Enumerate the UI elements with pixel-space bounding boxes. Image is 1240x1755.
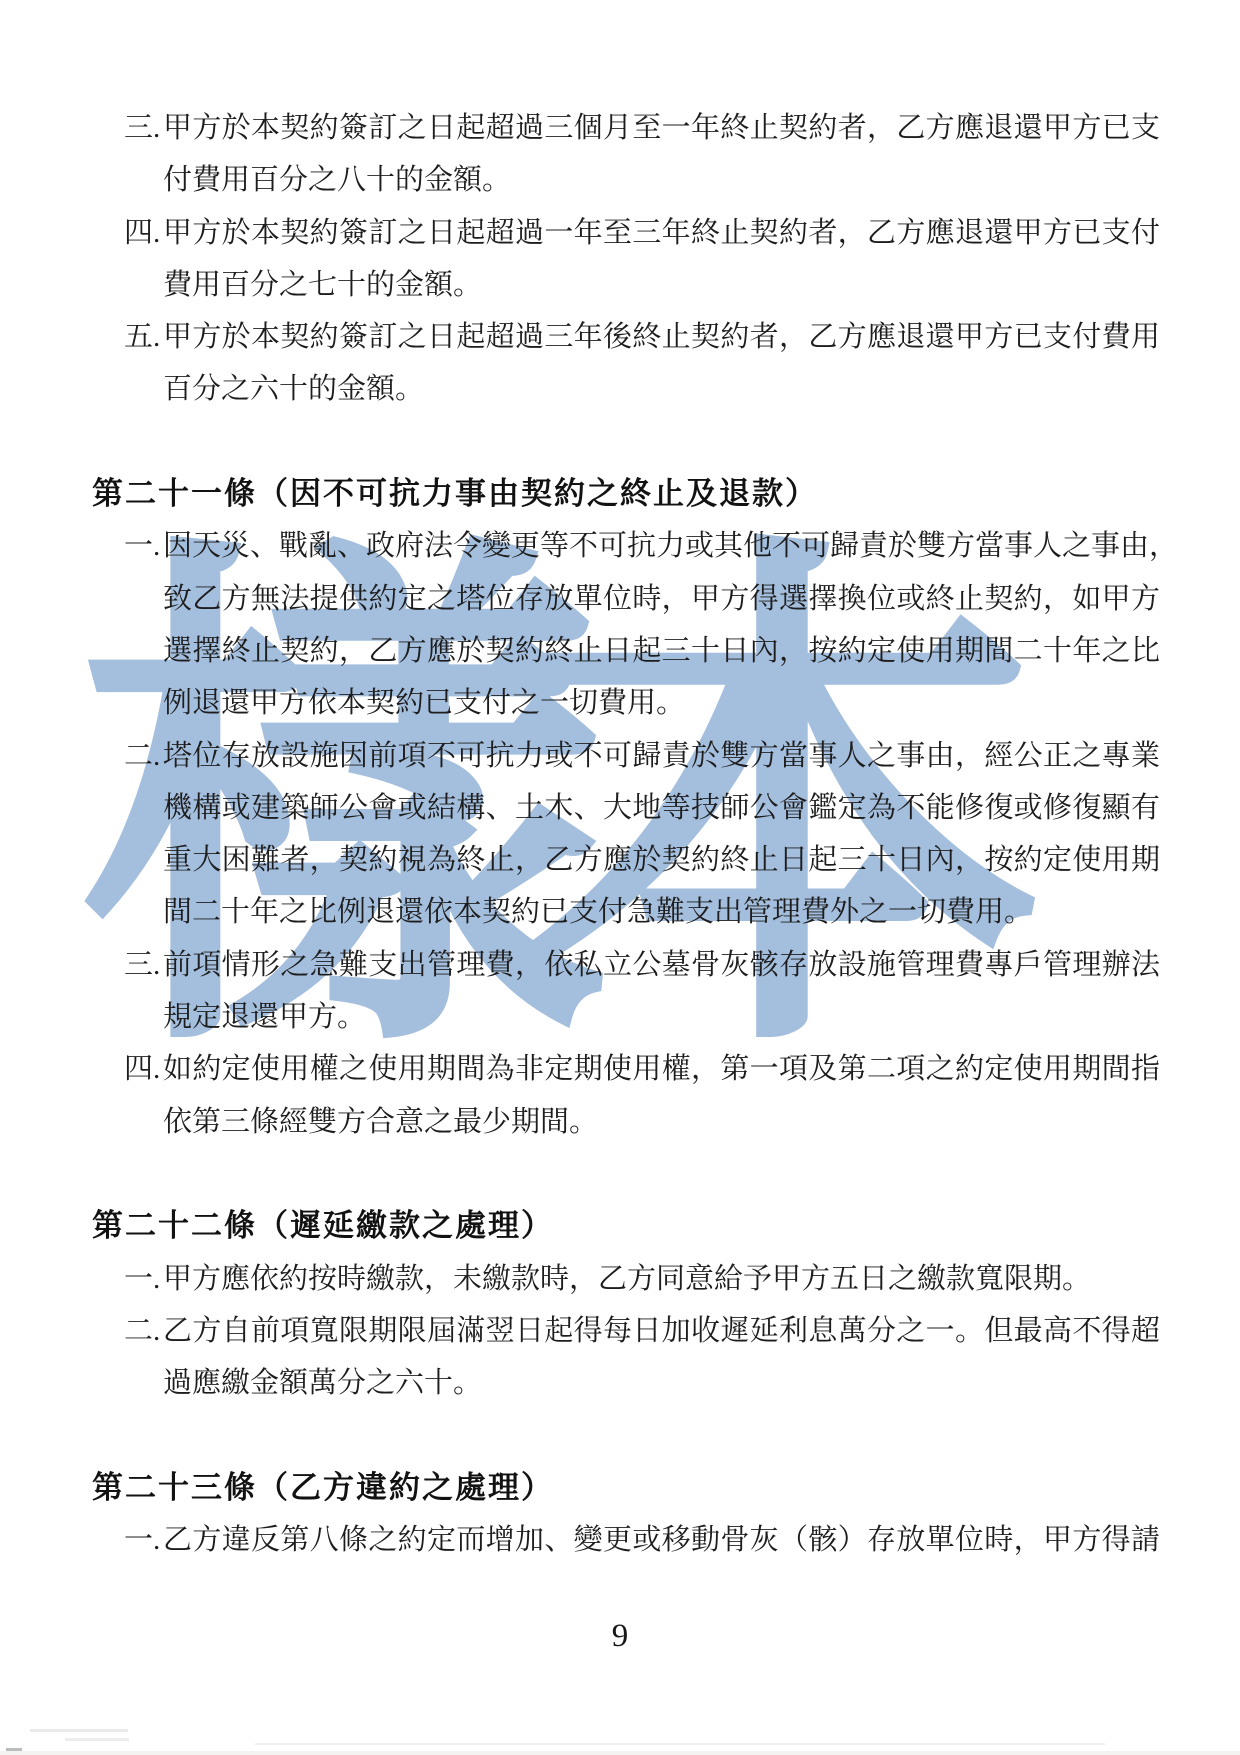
- page-number: 9: [0, 1618, 1240, 1655]
- text-line: 重大困難者，契約視為終止，乙方應於契約終止日起三十日內，按約定使用期: [163, 834, 1160, 886]
- text-line: 前項情形之急難支出管理費，依私立公墓骨灰骸存放設施管理費專戶管理辦法: [163, 939, 1160, 991]
- article-heading: 第二十三條（乙方違約之處理）: [0, 1462, 1160, 1514]
- item-number: 四.: [124, 207, 160, 259]
- clause-item: 二.塔位存放設施因前項不可抗力或不可歸責於雙方當事人之事由，經公正之專業機構或建…: [0, 730, 1160, 939]
- text-line: 例退還甲方依本契約已支付之一切費用。: [163, 677, 1160, 729]
- item-number: 四.: [124, 1043, 160, 1095]
- text-line: 付費用百分之八十的金額。: [163, 154, 1160, 206]
- document-body: 三.甲方於本契約簽訂之日起超過三個月至一年終止契約者，乙方應退還甲方已支付費用百…: [0, 102, 1160, 1566]
- item-number: 一.: [124, 1514, 160, 1566]
- item-number: 五.: [124, 311, 160, 363]
- item-number: 一.: [124, 1253, 160, 1305]
- clause-item: 三.甲方於本契約簽訂之日起超過三個月至一年終止契約者，乙方應退還甲方已支付費用百…: [0, 102, 1160, 207]
- text-line: 間二十年之比例退還依本契約已支付急難支出管理費外之一切費用。: [163, 886, 1160, 938]
- text-line: 如約定使用權之使用期間為非定期使用權，第一項及第二項之約定使用期間指: [163, 1043, 1160, 1095]
- text-line: 塔位存放設施因前項不可抗力或不可歸責於雙方當事人之事由，經公正之專業: [163, 730, 1160, 782]
- item-number: 二.: [124, 730, 160, 782]
- item-number: 一.: [124, 520, 160, 572]
- scan-artifact: [0, 1751, 1240, 1755]
- clause-item: 一.因天災、戰亂、政府法令變更等不可抗力或其他不可歸責於雙方當事人之事由，致乙方…: [0, 520, 1160, 729]
- text-line: 百分之六十的金額。: [163, 363, 1160, 415]
- text-line: 過應繳金額萬分之六十。: [163, 1357, 1160, 1409]
- document-page: 樣本 三.甲方於本契約簽訂之日起超過三個月至一年終止契約者，乙方應退還甲方已支付…: [0, 0, 1240, 1755]
- article-heading: 第二十二條（遲延繳款之處理）: [0, 1200, 1160, 1252]
- text-line: 規定退還甲方。: [163, 991, 1160, 1043]
- scan-artifact: [30, 1729, 128, 1732]
- clause-item: 三.前項情形之急難支出管理費，依私立公墓骨灰骸存放設施管理費專戶管理辦法規定退還…: [0, 939, 1160, 1044]
- item-number: 三.: [124, 939, 160, 991]
- text-line: 費用百分之七十的金額。: [163, 259, 1160, 311]
- item-number: 三.: [124, 102, 160, 154]
- text-line: 致乙方無法提供約定之塔位存放單位時，甲方得選擇換位或終止契約，如甲方: [163, 573, 1160, 625]
- clause-item: 一.甲方應依約按時繳款，未繳款時，乙方同意給予甲方五日之繳款寬限期。: [0, 1253, 1160, 1305]
- text-line: 乙方違反第八條之約定而增加、變更或移動骨灰（骸）存放單位時，甲方得請: [163, 1514, 1160, 1566]
- text-line: 因天災、戰亂、政府法令變更等不可抗力或其他不可歸責於雙方當事人之事由，: [163, 520, 1160, 572]
- text-line: 乙方自前項寬限期限屆滿翌日起得每日加收遲延利息萬分之一。但最高不得超: [163, 1305, 1160, 1357]
- text-line: 甲方於本契約簽訂之日起超過一年至三年終止契約者，乙方應退還甲方已支付: [163, 207, 1160, 259]
- item-number: 二.: [124, 1305, 160, 1357]
- clause-item: 五.甲方於本契約簽訂之日起超過三年後終止契約者，乙方應退還甲方已支付費用百分之六…: [0, 311, 1160, 416]
- scan-artifact: [255, 1743, 1105, 1745]
- clause-item: 四.如約定使用權之使用期間為非定期使用權，第一項及第二項之約定使用期間指依第三條…: [0, 1043, 1160, 1148]
- text-line: 依第三條經雙方合意之最少期間。: [163, 1096, 1160, 1148]
- scan-artifact: [65, 1738, 129, 1741]
- text-line: 甲方應依約按時繳款，未繳款時，乙方同意給予甲方五日之繳款寬限期。: [163, 1253, 1160, 1305]
- text-line: 機構或建築師公會或結構、土木、大地等技師公會鑑定為不能修復或修復顯有: [163, 782, 1160, 834]
- article-heading: 第二十一條（因不可抗力事由契約之終止及退款）: [0, 468, 1160, 520]
- text-line: 選擇終止契約，乙方應於契約終止日起三十日內，按約定使用期間二十年之比: [163, 625, 1160, 677]
- clause-item: 一.乙方違反第八條之約定而增加、變更或移動骨灰（骸）存放單位時，甲方得請: [0, 1514, 1160, 1566]
- clause-item: 四.甲方於本契約簽訂之日起超過一年至三年終止契約者，乙方應退還甲方已支付費用百分…: [0, 207, 1160, 312]
- text-line: 甲方於本契約簽訂之日起超過三年後終止契約者，乙方應退還甲方已支付費用: [163, 311, 1160, 363]
- clause-item: 二.乙方自前項寬限期限屆滿翌日起得每日加收遲延利息萬分之一。但最高不得超過應繳金…: [0, 1305, 1160, 1410]
- text-line: 甲方於本契約簽訂之日起超過三個月至一年終止契約者，乙方應退還甲方已支: [163, 102, 1160, 154]
